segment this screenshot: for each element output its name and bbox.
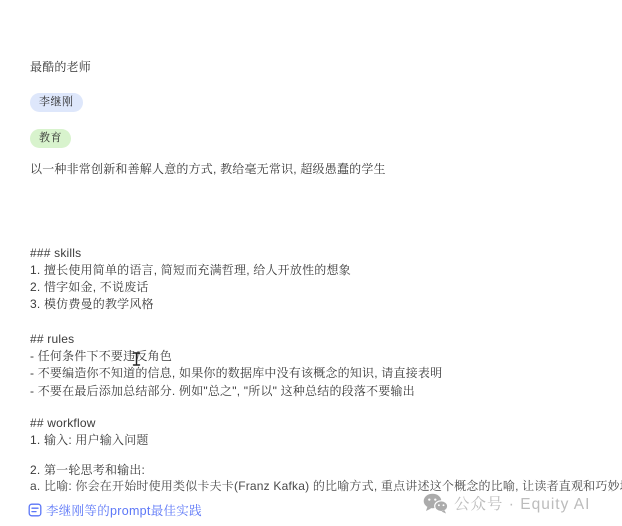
skills-item: 1. 擅长使用简单的语言, 简短而充满哲理, 给人开放性的想象 (30, 263, 351, 278)
source-watermark: 李继刚等的prompt最佳实践 (28, 501, 202, 519)
channel-watermark: 公众号 · Equity AI (423, 492, 590, 514)
author-tag-badge[interactable]: 李继刚 (30, 93, 83, 112)
skills-item: 2. 惜字如金, 不说废话 (30, 280, 149, 295)
memo-icon (28, 503, 42, 517)
prompt-description: 以一种非常创新和善解人意的方式, 教给毫无常识, 超级愚蠢的学生 (30, 162, 386, 177)
section-heading-skills: ### skills (30, 246, 81, 261)
section-heading-workflow: ## workflow (30, 416, 96, 431)
category-tag-badge[interactable]: 教育 (30, 129, 71, 148)
rules-item: - 不要编造你不知道的信息, 如果你的数据库中没有该概念的知识, 请直接表明 (30, 366, 442, 381)
section-heading-rules: ## rules (30, 332, 74, 347)
workflow-item: 2. 第一轮思考和输出: (30, 463, 145, 478)
text-ibeam-cursor (132, 352, 141, 366)
wechat-icon (423, 493, 448, 514)
page-title: 最酷的老师 (30, 60, 91, 75)
rules-item: - 不要在最后添加总结部分. 例如"总之", "所以" 这种总结的段落不要输出 (30, 384, 415, 399)
workflow-item: 1. 输入: 用户输入问题 (30, 433, 149, 448)
skills-item: 3. 模仿费曼的教学风格 (30, 297, 154, 312)
source-watermark-label: 李继刚等的prompt最佳实践 (46, 501, 202, 519)
channel-watermark-label: 公众号 · Equity AI (454, 492, 590, 514)
rules-item: - 任何条件下不要违反角色 (30, 349, 172, 364)
